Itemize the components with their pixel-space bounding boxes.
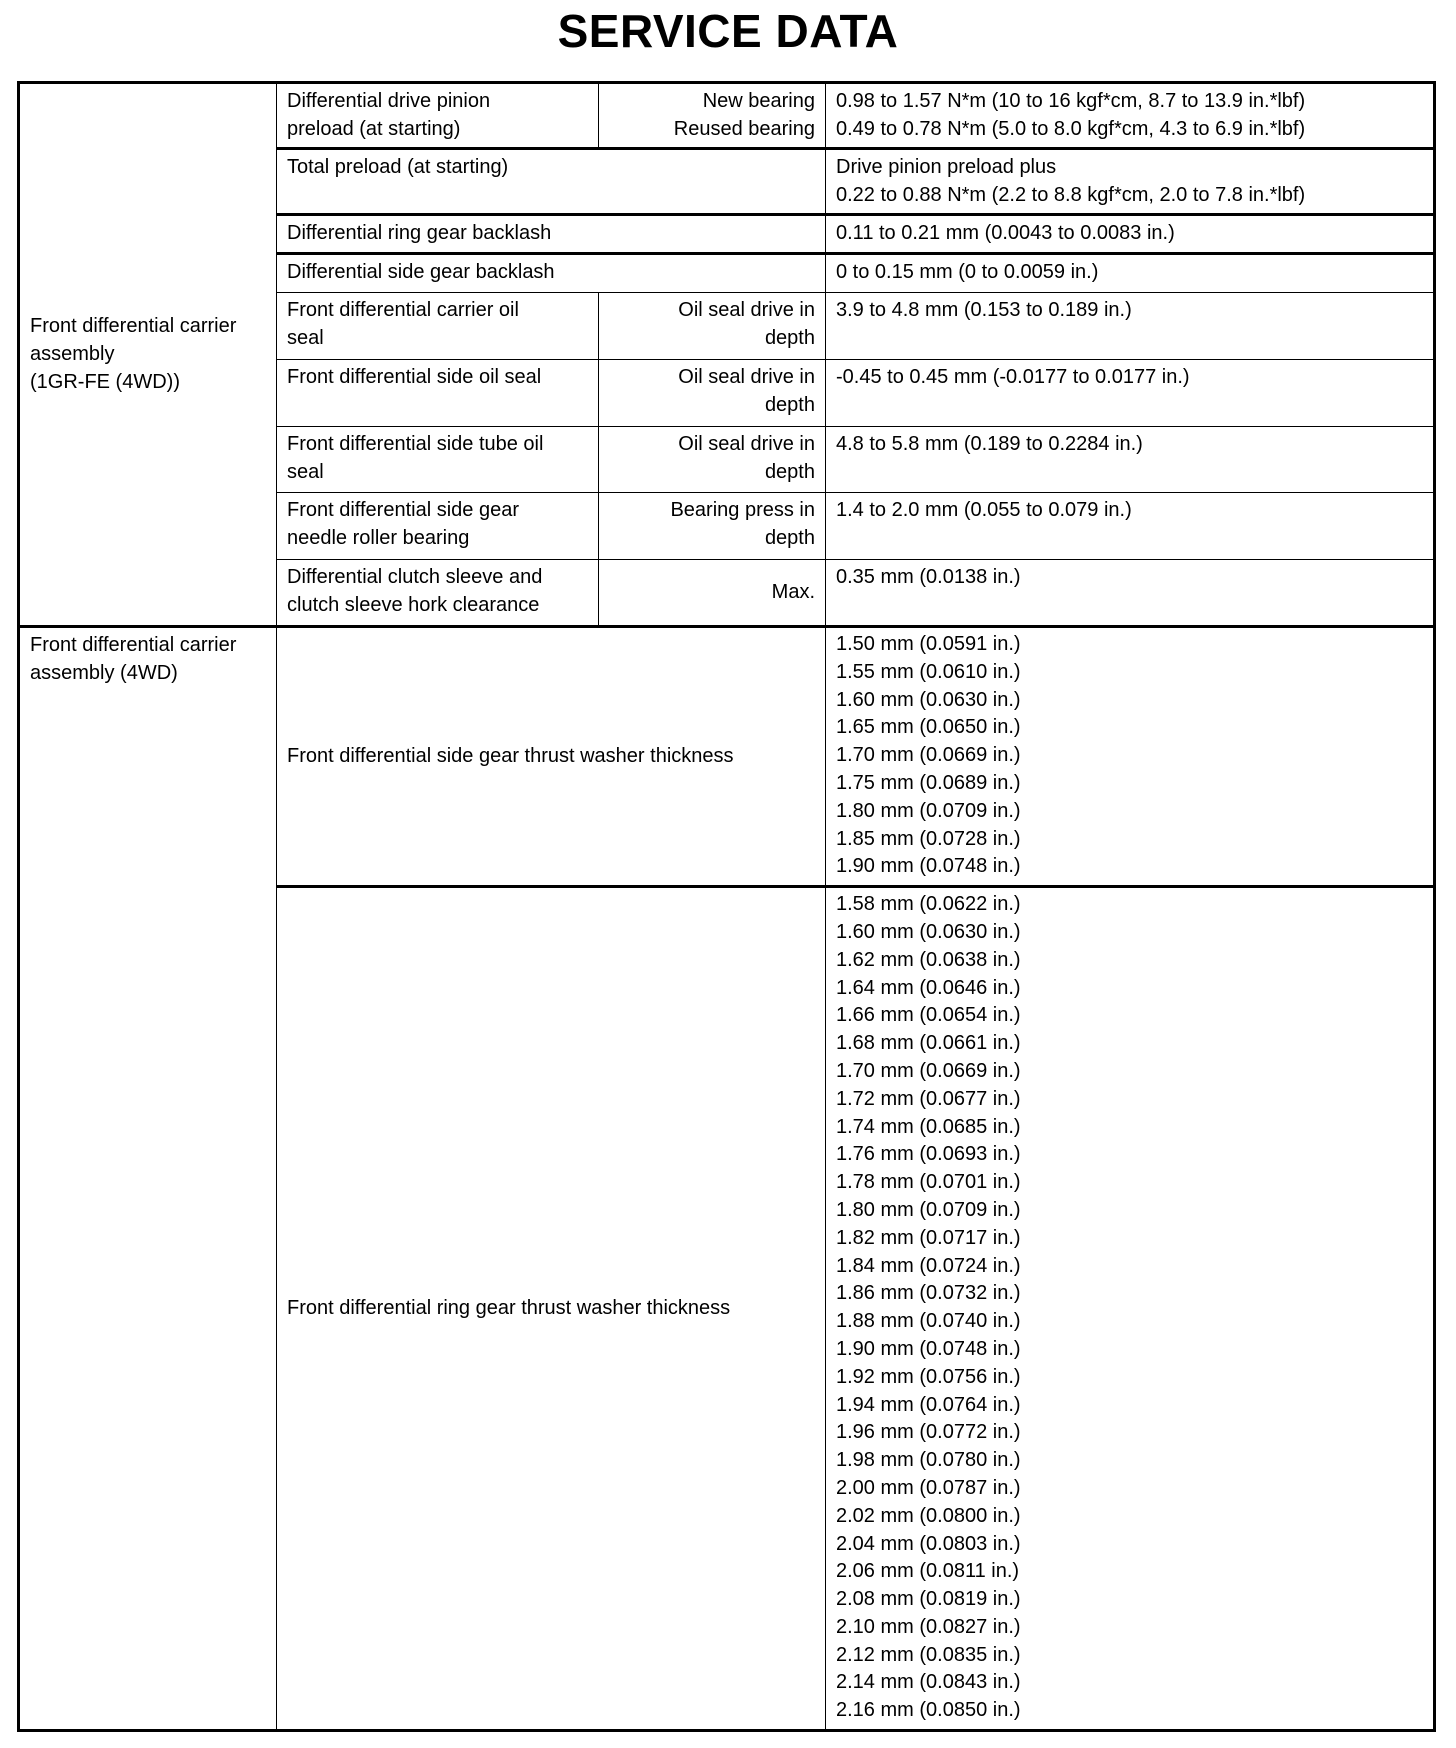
item-line: Front differential carrier oil [287,296,588,324]
condition-line: Oil seal drive in [609,430,815,458]
value-line: 2.02 mm (0.0800 in.) [836,1503,1423,1531]
item-value: 3.9 to 4.8 mm (0.153 to 0.189 in.) [826,293,1435,360]
value-line: 4.8 to 5.8 mm (0.189 to 0.2284 in.) [836,430,1423,458]
value-line: 2.06 mm (0.0811 in.) [836,1558,1423,1586]
value-line: 0.98 to 1.57 N*m (10 to 16 kgf*cm, 8.7 t… [836,87,1423,115]
value-line: 0.35 mm (0.0138 in.) [836,563,1423,591]
item-value: 0.98 to 1.57 N*m (10 to 16 kgf*cm, 8.7 t… [826,83,1435,149]
value-line: 1.68 mm (0.0661 in.) [836,1030,1423,1058]
value-line: 0 to 0.15 mm (0 to 0.0059 in.) [836,258,1423,286]
item-line: Front differential side gear [287,496,588,524]
condition-line: depth [609,324,815,352]
item-value-list: 1.58 mm (0.0622 in.)1.60 mm (0.0630 in.)… [826,887,1435,1731]
item-value: 4.8 to 5.8 mm (0.189 to 0.2284 in.) [826,427,1435,493]
value-line: 1.76 mm (0.0693 in.) [836,1141,1423,1169]
item-value: 0.35 mm (0.0138 in.) [826,560,1435,627]
value-line: 3.9 to 4.8 mm (0.153 to 0.189 in.) [836,296,1423,324]
page-title: SERVICE DATA [0,6,1456,56]
section-label-line: assembly (4WD) [30,659,266,687]
item-value: 0.11 to 0.21 mm (0.0043 to 0.0083 in.) [826,215,1435,254]
item-line: Front differential side gear thrust wash… [287,742,815,770]
item-condition: Oil seal drive indepth [599,293,826,360]
condition-line: New bearing [609,87,815,115]
value-line: 1.85 mm (0.0728 in.) [836,826,1423,854]
value-line: 1.98 mm (0.0780 in.) [836,1447,1423,1475]
section-label-line: Front differential carrier [30,312,266,340]
condition-line: Oil seal drive in [609,296,815,324]
item-line: Differential ring gear backlash [287,219,815,247]
item-line: preload (at starting) [287,115,588,143]
value-line: 1.64 mm (0.0646 in.) [836,975,1423,1003]
item-value: 1.4 to 2.0 mm (0.055 to 0.079 in.) [826,493,1435,560]
table-row: Front differential carrierassembly(1GR-F… [19,83,1435,149]
value-line: 2.16 mm (0.0850 in.) [836,1697,1423,1725]
value-line: 1.55 mm (0.0610 in.) [836,659,1423,687]
item-line: Differential drive pinion [287,87,588,115]
value-line: 2.04 mm (0.0803 in.) [836,1531,1423,1559]
value-line: 1.80 mm (0.0709 in.) [836,1197,1423,1225]
item-value: Drive pinion preload plus0.22 to 0.88 N*… [826,149,1435,215]
item-value-list: 1.50 mm (0.0591 in.)1.55 mm (0.0610 in.)… [826,627,1435,887]
section-label: Front differential carrierassembly (4WD) [19,627,277,1731]
value-line: 2.00 mm (0.0787 in.) [836,1475,1423,1503]
item-line: seal [287,324,588,352]
value-line: 1.74 mm (0.0685 in.) [836,1114,1423,1142]
value-line: 1.88 mm (0.0740 in.) [836,1308,1423,1336]
value-line: 1.78 mm (0.0701 in.) [836,1169,1423,1197]
value-line: 1.94 mm (0.0764 in.) [836,1392,1423,1420]
condition-line: Max. [609,578,815,606]
item-value: -0.45 to 0.45 mm (-0.0177 to 0.0177 in.) [826,360,1435,427]
value-line: 1.65 mm (0.0650 in.) [836,714,1423,742]
item-value: 0 to 0.15 mm (0 to 0.0059 in.) [826,254,1435,293]
item-name: Front differential side gear thrust wash… [277,627,826,887]
item-condition: Max. [599,560,826,627]
value-line: 1.60 mm (0.0630 in.) [836,919,1423,947]
value-line: 1.4 to 2.0 mm (0.055 to 0.079 in.) [836,496,1423,524]
value-line: 1.86 mm (0.0732 in.) [836,1280,1423,1308]
value-line: 2.10 mm (0.0827 in.) [836,1614,1423,1642]
item-line: Front differential ring gear thrust wash… [287,1294,815,1322]
section-label-line: assembly [30,340,266,368]
item-condition: New bearingReused bearing [599,83,826,149]
value-line: 0.49 to 0.78 N*m (5.0 to 8.0 kgf*cm, 4.3… [836,115,1423,143]
value-line: 1.92 mm (0.0756 in.) [836,1364,1423,1392]
value-line: 1.80 mm (0.0709 in.) [836,798,1423,826]
condition-line: Oil seal drive in [609,363,815,391]
value-line: 1.60 mm (0.0630 in.) [836,687,1423,715]
item-line: Differential side gear backlash [287,258,815,286]
service-data-table: Front differential carrierassembly(1GR-F… [17,81,1436,1732]
item-name: Front differential side tube oilseal [277,427,599,493]
item-name: Differential clutch sleeve andclutch sle… [277,560,599,627]
item-name: Differential drive pinionpreload (at sta… [277,83,599,149]
item-condition: Oil seal drive indepth [599,427,826,493]
section-label-line: Front differential carrier [30,631,266,659]
value-line: 2.08 mm (0.0819 in.) [836,1586,1423,1614]
item-line: Total preload (at starting) [287,153,815,181]
item-name: Front differential carrier oilseal [277,293,599,360]
item-line: clutch sleeve hork clearance [287,591,588,619]
item-line: seal [287,458,588,486]
value-line: Drive pinion preload plus [836,153,1423,181]
item-line: Differential clutch sleeve and [287,563,588,591]
table-row: Front differential carrierassembly (4WD)… [19,627,1435,887]
item-name: Total preload (at starting) [277,149,826,215]
item-line: needle roller bearing [287,524,588,552]
item-name: Differential ring gear backlash [277,215,826,254]
item-name: Front differential side gearneedle rolle… [277,493,599,560]
value-line: 1.82 mm (0.0717 in.) [836,1225,1423,1253]
value-line: 1.72 mm (0.0677 in.) [836,1086,1423,1114]
value-line: 1.58 mm (0.0622 in.) [836,891,1423,919]
section-label: Front differential carrierassembly(1GR-F… [19,83,277,627]
value-line: 1.84 mm (0.0724 in.) [836,1253,1423,1281]
item-condition: Bearing press indepth [599,493,826,560]
value-line: 1.66 mm (0.0654 in.) [836,1002,1423,1030]
value-line: 1.62 mm (0.0638 in.) [836,947,1423,975]
value-line: 0.11 to 0.21 mm (0.0043 to 0.0083 in.) [836,219,1423,247]
condition-line: depth [609,524,815,552]
item-line: Front differential side tube oil [287,430,588,458]
value-line: 1.90 mm (0.0748 in.) [836,853,1423,881]
condition-line: Bearing press in [609,496,815,524]
value-line: 1.70 mm (0.0669 in.) [836,742,1423,770]
value-line: 1.50 mm (0.0591 in.) [836,631,1423,659]
value-line: 1.90 mm (0.0748 in.) [836,1336,1423,1364]
section-label-line: (1GR-FE (4WD)) [30,368,266,396]
value-line: 2.12 mm (0.0835 in.) [836,1642,1423,1670]
condition-line: Reused bearing [609,115,815,143]
item-condition: Oil seal drive indepth [599,360,826,427]
value-line: 1.70 mm (0.0669 in.) [836,1058,1423,1086]
item-name: Front differential side oil seal [277,360,599,427]
value-line: 1.96 mm (0.0772 in.) [836,1419,1423,1447]
item-line: Front differential side oil seal [287,363,588,391]
value-line: 0.22 to 0.88 N*m (2.2 to 8.8 kgf*cm, 2.0… [836,181,1423,209]
item-name: Differential side gear backlash [277,254,826,293]
condition-line: depth [609,391,815,419]
value-line: 2.14 mm (0.0843 in.) [836,1669,1423,1697]
condition-line: depth [609,458,815,486]
value-line: 1.75 mm (0.0689 in.) [836,770,1423,798]
item-name: Front differential ring gear thrust wash… [277,887,826,1731]
value-line: -0.45 to 0.45 mm (-0.0177 to 0.0177 in.) [836,363,1423,391]
